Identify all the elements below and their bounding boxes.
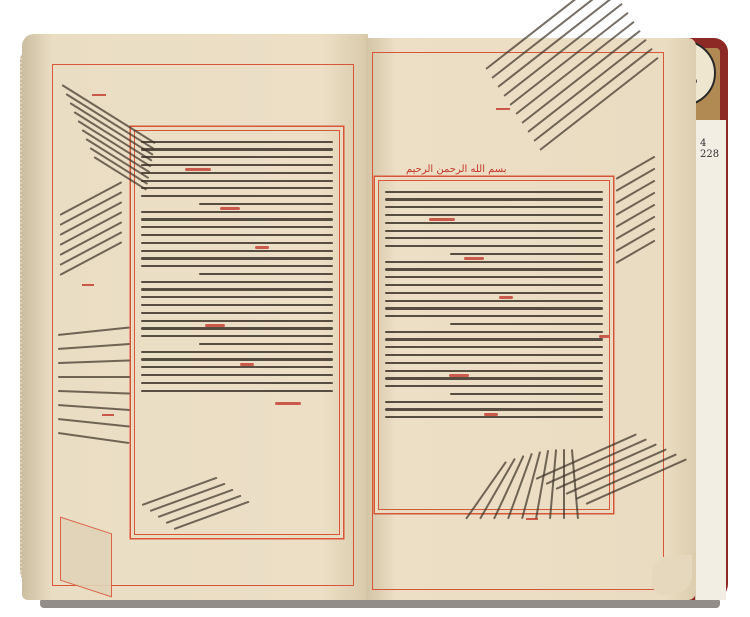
marginal-gloss <box>92 94 106 96</box>
text-line <box>385 222 603 224</box>
torn-page-corner <box>652 555 692 595</box>
rubric-word <box>255 246 269 249</box>
text-line <box>385 198 603 200</box>
text-line <box>141 296 333 298</box>
text-line <box>141 156 333 158</box>
text-line <box>141 335 333 337</box>
text-line <box>141 187 333 189</box>
text-line <box>199 343 333 345</box>
text-line <box>385 408 603 410</box>
text-line <box>141 374 333 376</box>
text-line <box>141 288 333 290</box>
library-slip: 4 228 <box>695 120 726 600</box>
text-line <box>141 351 333 353</box>
rubric-word <box>220 207 240 210</box>
rubric-word <box>499 296 513 299</box>
text-line <box>141 265 333 267</box>
text-line <box>141 226 333 228</box>
text-line <box>450 393 603 395</box>
text-line <box>385 307 603 309</box>
text-line <box>385 300 603 302</box>
text-line <box>385 370 603 372</box>
marginal-gloss <box>526 518 538 520</box>
text-line <box>385 346 603 348</box>
text-line <box>141 164 333 166</box>
text-line <box>450 253 603 255</box>
text-line <box>385 268 603 270</box>
slip-number-1: 4 <box>696 138 726 149</box>
text-line <box>199 203 333 205</box>
text-line <box>141 304 333 306</box>
text-line <box>385 245 603 247</box>
text-line <box>450 323 603 325</box>
text-line <box>385 338 603 340</box>
text-line <box>141 327 333 329</box>
text-line <box>385 354 603 356</box>
left-page <box>22 34 368 600</box>
rubric-word <box>464 257 484 260</box>
text-line <box>141 172 333 174</box>
text-line <box>141 218 333 220</box>
text-line <box>385 401 603 403</box>
text-line <box>385 292 603 294</box>
text-line <box>141 195 333 197</box>
marginal-gloss <box>102 414 114 416</box>
text-line <box>141 358 333 360</box>
text-line <box>141 281 333 283</box>
text-line <box>141 211 333 213</box>
marginal-gloss <box>58 376 130 378</box>
text-line <box>385 362 603 364</box>
text-line <box>385 237 603 239</box>
rubric-word <box>599 335 610 338</box>
text-line <box>141 320 333 322</box>
text-line <box>385 416 603 418</box>
rubric-word <box>484 413 498 416</box>
left-main-text-block <box>134 130 340 535</box>
text-line <box>141 180 333 182</box>
rubric-word <box>240 363 254 366</box>
text-line <box>385 315 603 317</box>
text-line <box>385 377 603 379</box>
marginal-gloss <box>496 108 510 110</box>
rubric-word <box>185 168 211 171</box>
text-line <box>199 273 333 275</box>
rubric-word <box>205 324 225 327</box>
text-line <box>385 284 603 286</box>
right-page: بسم الله الرحمن الرحيم <box>366 38 696 600</box>
text-line <box>141 257 333 259</box>
rubric-word <box>275 402 301 405</box>
text-line <box>385 206 603 208</box>
slip-number-2: 228 <box>696 149 726 160</box>
text-line <box>141 141 333 143</box>
text-line <box>141 382 333 384</box>
text-line <box>141 390 333 392</box>
basmala-rubric: بسم الله الرحمن الرحيم <box>406 164 507 175</box>
text-line <box>385 261 603 263</box>
text-line <box>141 312 333 314</box>
rubric-word <box>429 218 455 221</box>
text-line <box>141 148 333 150</box>
text-line <box>141 366 333 368</box>
text-line <box>385 191 603 193</box>
marginal-gloss <box>82 284 94 286</box>
text-line <box>385 331 603 333</box>
text-line <box>141 242 333 244</box>
text-line <box>385 385 603 387</box>
text-line <box>141 234 333 236</box>
text-line <box>385 214 603 216</box>
rubric-word <box>449 374 469 377</box>
text-line <box>141 250 333 252</box>
text-line <box>385 230 603 232</box>
text-line <box>385 276 603 278</box>
